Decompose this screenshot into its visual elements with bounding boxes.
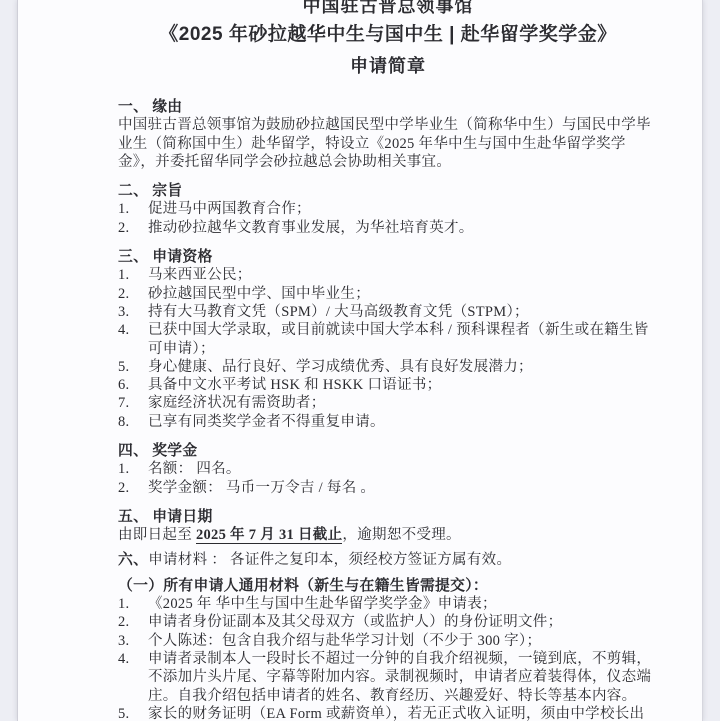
section-materials: 六、申请材料 ： 各证件之复印本，须经校方签证方属有效。 [118,551,658,569]
item-number: 5. [118,358,148,376]
item-number: 1. [118,460,148,478]
document-title-line1: 中国驻古晋总领事馆 [118,0,658,16]
section-origin-paragraph: 中国驻古晋总领事馆为鼓励砂拉越国民型中学毕业生（简称华中生）与国民中学毕业生（简… [118,116,658,171]
item-text: 促进马中两国教育合作； [148,200,658,218]
item-text: 持有大马教育文凭（SPM）/ 大马高级教育文凭（STPM）； [148,303,658,321]
document-sheet: 中国驻古晋总领事馆 《2025 年砂拉越华中生与国中生 | 赴华留学奖学金》 申… [17,0,703,721]
item-number: 4. [118,321,148,358]
item-text: 推动砂拉越华文教育事业发展，为华社培育英才。 [148,219,658,237]
item-number: 2. [118,613,148,631]
item-text: 马来西亚公民； [148,266,658,284]
date-prefix: 由即日起至 [118,527,196,543]
item-number: 8. [118,413,148,431]
section-scholarship: 四、 奖学金 1. 名额： 四名。 2. 奖学金额： 马币一万令吉 / 每名 。 [118,442,658,497]
item-number: 3. [118,632,148,650]
list-item: 2. 砂拉越国民型中学、国中毕业生； [118,285,658,303]
list-item: 1. 马来西亚公民； [118,266,658,284]
section-origin-heading: 一、 缘由 [118,98,658,116]
list-item: 6. 具备中文水平考试 HSK 和 HSKK 口语证书； [118,376,658,394]
item-text: 已获中国大学录取，或目前就读中国大学本科 / 预科课程者（新生或在籍生皆可申请）… [148,321,658,358]
list-item: 4. 申请者录制本人一段时长不超过一分钟的自我介绍视频，一镜到底，不剪辑，不添加… [118,650,658,705]
item-number: 1. [118,266,148,284]
section-origin: 一、 缘由 中国驻古晋总领事馆为鼓励砂拉越国民型中学毕业生（简称华中生）与国民中… [118,98,658,171]
item-text: 奖学金额： 马币一万令吉 / 每名 。 [148,479,658,497]
date-suffix: ，逾期恕不受理。 [342,527,460,543]
item-number: 6. [118,376,148,394]
list-item: 2. 申请者身份证副本及其父母双方（或监护人）的身份证明文件； [118,613,658,631]
item-number: 1. [118,200,148,218]
deadline-underline: 2025 年 7 月 31 日截止 [196,527,342,544]
item-text: 身心健康、品行良好、学习成绩优秀、具有良好发展潜力； [148,358,658,376]
materials-line: 六、申请材料 ： 各证件之复印本，须经校方签证方属有效。 [118,551,658,569]
document-title-line3: 申请简章 [118,56,658,76]
item-text: 砂拉越国民型中学、国中毕业生； [148,285,658,303]
section-eligibility: 三、 申请资格 1. 马来西亚公民； 2. 砂拉越国民型中学、国中毕业生； 3.… [118,248,658,431]
item-number: 2. [118,479,148,497]
item-text: 已享有同类奖学金者不得重复申请。 [148,413,658,431]
list-item: 1. 《2025 年 华中生与国中生赴华留学奖学金》申请表； [118,595,658,613]
list-item: 8. 已享有同类奖学金者不得重复申请。 [118,413,658,431]
list-item: 4. 已获中国大学录取，或目前就读中国大学本科 / 预科课程者（新生或在籍生皆可… [118,321,658,358]
list-item: 5. 身心健康、品行良好、学习成绩优秀、具有良好发展潜力； [118,358,658,376]
list-item: 1. 名额： 四名。 [118,460,658,478]
list-item: 1. 促进马中两国教育合作； [118,200,658,218]
item-text: 申请者录制本人一段时长不超过一分钟的自我介绍视频，一镜到底，不剪辑，不添加片头片… [148,650,658,705]
list-item: 5. 家长的财务证明（EA Form 或薪资单），若无正式收入证明，须由中学校长… [118,705,658,721]
item-number: 5. [118,705,148,721]
item-text: 家庭经济状况有需资助者； [148,394,658,412]
materials-text: 申请材料 ： 各证件之复印本，须经校方签证方属有效。 [148,552,511,568]
section-date: 五、 申请日期 由即日起至 2025 年 7 月 31 日截止，逾期恕不受理。 [118,508,658,545]
section-purpose: 二、 宗旨 1. 促进马中两国教育合作； 2. 推动砂拉越华文教育事业发展，为华… [118,182,658,237]
list-item: 2. 奖学金额： 马币一万令吉 / 每名 。 [118,479,658,497]
section-date-heading: 五、 申请日期 [118,508,658,526]
item-number: 2. [118,285,148,303]
subsection-common-materials: （一）所有申请人通用材料（新生与在籍生皆需提交）： 1. 《2025 年 华中生… [118,577,658,721]
item-number: 4. [118,650,148,705]
item-number: 3. [118,303,148,321]
item-text: 个人陈述：包含自我介绍与赴华学习计划（不少于 300 字）； [148,632,658,650]
list-item: 7. 家庭经济状况有需资助者； [118,394,658,412]
section-purpose-heading: 二、 宗旨 [118,182,658,200]
list-item: 3. 个人陈述：包含自我介绍与赴华学习计划（不少于 300 字）； [118,632,658,650]
document-title-line2: 《2025 年砂拉越华中生与国中生 | 赴华留学奖学金》 [118,24,658,46]
photo-background: { "document": { "title_line1": "中国驻古晋总领事… [0,0,720,721]
item-text: 家长的财务证明（EA Form 或薪资单），若无正式收入证明，须由中学校长出 [148,705,658,721]
item-text: 《2025 年 华中生与国中生赴华留学奖学金》申请表； [148,595,658,613]
item-text: 申请者身份证副本及其父母双方（或监护人）的身份证明文件； [148,613,658,631]
date-line: 由即日起至 2025 年 7 月 31 日截止，逾期恕不受理。 [118,526,658,544]
subsection-common-heading: （一）所有申请人通用材料（新生与在籍生皆需提交）： [118,577,658,595]
item-number: 1. [118,595,148,613]
section-eligibility-heading: 三、 申请资格 [118,248,658,266]
section-scholarship-heading: 四、 奖学金 [118,442,658,460]
materials-label: 六、 [118,552,148,568]
item-text: 具备中文水平考试 HSK 和 HSKK 口语证书； [148,376,658,394]
item-number: 7. [118,394,148,412]
list-item: 2. 推动砂拉越华文教育事业发展，为华社培育英才。 [118,219,658,237]
list-item: 3. 持有大马教育文凭（SPM）/ 大马高级教育文凭（STPM）； [118,303,658,321]
item-number: 2. [118,219,148,237]
item-text: 名额： 四名。 [148,460,658,478]
